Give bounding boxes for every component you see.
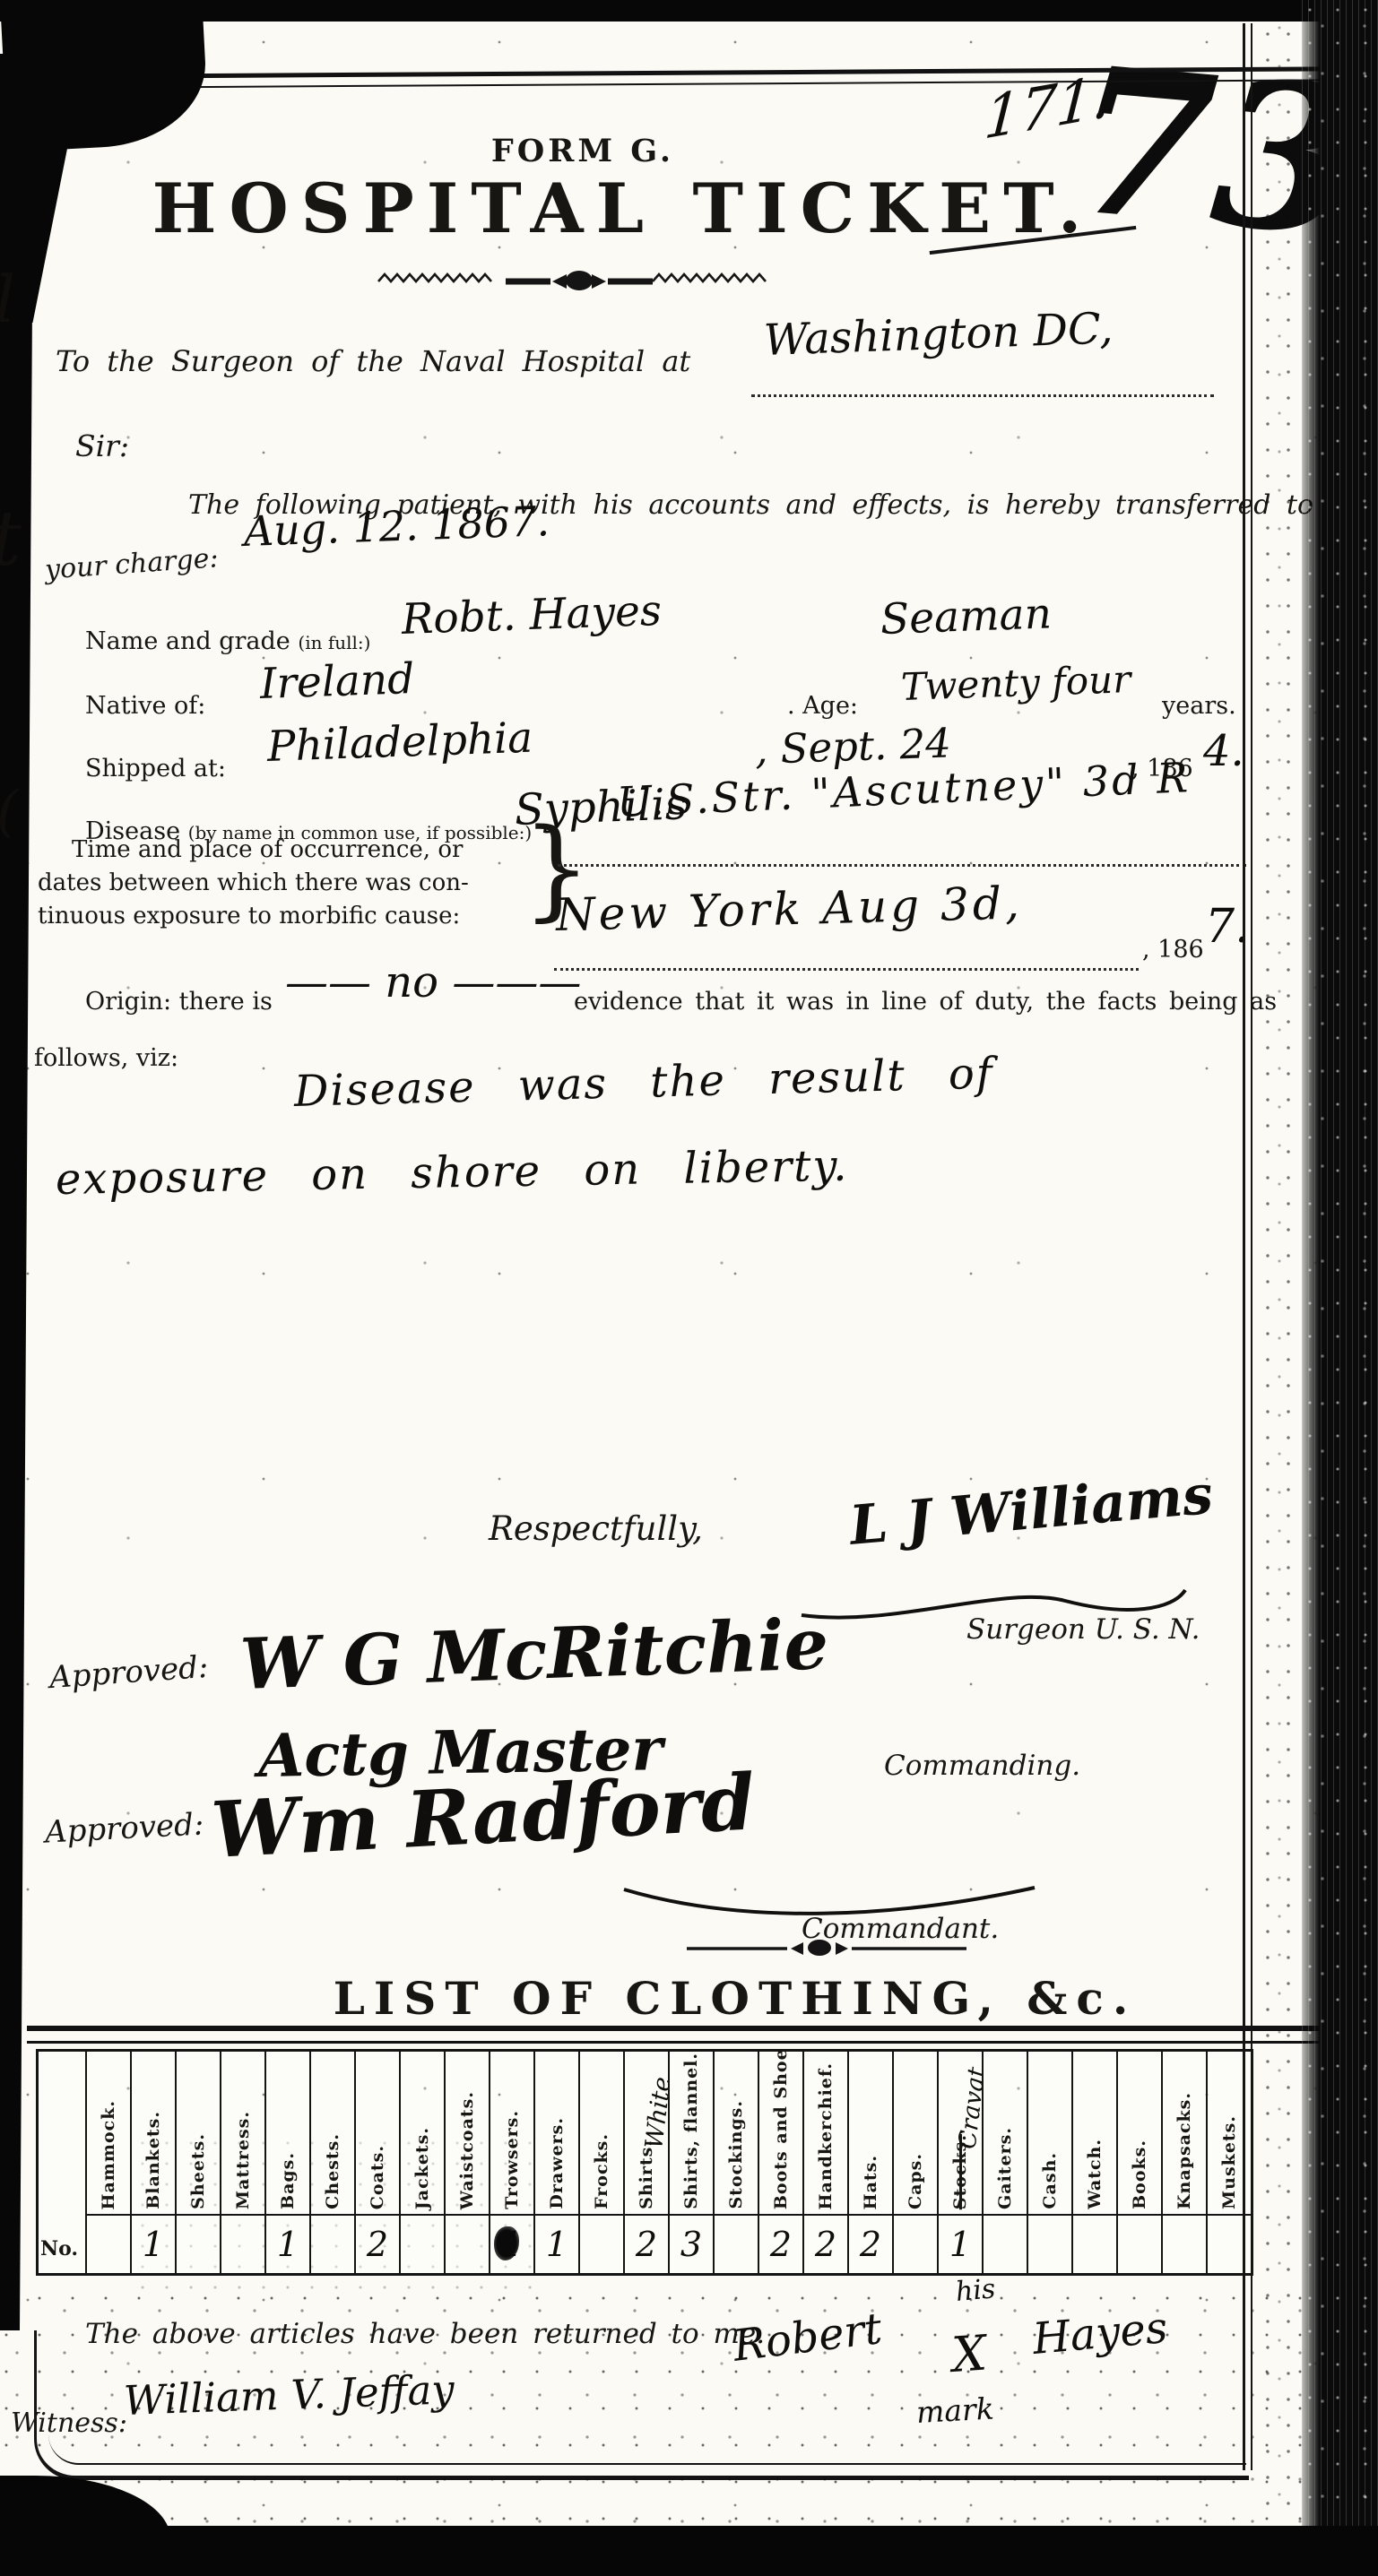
- clothing-column-handwritten-note: White: [640, 2076, 668, 2151]
- form-number-label: FORM G.: [117, 133, 1049, 169]
- origin-line2: follows, viz:: [34, 1044, 178, 1072]
- field-label-text: Disease: [85, 817, 180, 845]
- clothing-column-header: Drawers.: [535, 2052, 578, 2216]
- field-label-text: Name and grade: [85, 627, 290, 655]
- clothing-column-header: Frocks.: [580, 2052, 623, 2216]
- fill-in-line: [554, 968, 1139, 971]
- respectfully-label: Respectfully,: [489, 1509, 703, 1548]
- clothing-column-header: Bags.: [266, 2052, 309, 2216]
- occurrence-label-line3: tinuous exposure to morbific cause:: [38, 903, 460, 929]
- clothing-column-value: 1: [132, 2216, 175, 2273]
- field-label-shipped-at: Shipped at:: [85, 755, 226, 782]
- clothing-column-label: Shirts, flannel.: [681, 2053, 701, 2209]
- transfer-date-handwritten: Aug. 12. 1867.: [243, 497, 550, 556]
- clothing-column: Trowsers.1: [489, 2052, 533, 2273]
- fill-in-line: [558, 864, 1246, 867]
- clothing-column: Blankets.1: [130, 2052, 175, 2273]
- clothing-column-label: Hats.: [861, 2155, 880, 2209]
- clothing-column-label: Books.: [1130, 2139, 1149, 2209]
- clothing-column-label: Frocks.: [592, 2133, 611, 2209]
- field-label-paren: (in full:): [298, 632, 370, 653]
- field-label-native-of: Native of:: [85, 692, 205, 720]
- clothing-column-value: [580, 2216, 623, 2273]
- clothing-column-value: [1118, 2216, 1161, 2273]
- clothing-column-header: Handkerchief.: [804, 2052, 847, 2216]
- clothing-column: Chests.: [309, 2052, 354, 2273]
- clothing-column: Coats.2: [354, 2052, 399, 2273]
- clothing-column-header: Books.: [1118, 2052, 1161, 2216]
- origin-suffix: evidence that it was in line of duty, th…: [574, 988, 1277, 1016]
- stray-ink-mark: t: [0, 495, 22, 583]
- clothing-column-header: Blankets.: [132, 2052, 175, 2216]
- clothing-column: Boots and Shoes.2: [758, 2052, 802, 2273]
- clothing-column-label: Knapsacks.: [1174, 2092, 1194, 2209]
- clothing-column-label: Cash.: [1040, 2152, 1060, 2209]
- clothing-column-value: 1: [535, 2216, 578, 2273]
- clothing-column-header: Jackets.: [401, 2052, 444, 2216]
- shipped-year-digit-handwritten: 4.: [1203, 726, 1244, 776]
- clothing-column-handwritten-note: Cravat: [954, 2066, 982, 2151]
- surgeon-signature: L J Williams: [847, 1464, 1216, 1558]
- clothing-column: Handkerchief.2: [802, 2052, 847, 2273]
- commanding-title: Commanding.: [884, 1750, 1080, 1782]
- form-right-border: [1243, 23, 1252, 2470]
- clothing-column-value: 2: [804, 2216, 847, 2273]
- clothing-column: Hats.2: [847, 2052, 892, 2273]
- clothing-column: Stockings.: [713, 2052, 758, 2273]
- approved-label-2: Approved:: [44, 1806, 204, 1850]
- approved-label-1: Approved:: [48, 1649, 210, 1696]
- table-row-label-cell: No.: [39, 2052, 85, 2273]
- clothing-column-label: Boots and Shoes.: [771, 2052, 791, 2209]
- origin-answer-handwritten: —— no ———: [285, 957, 581, 1007]
- clothing-column-header: Trowsers.: [490, 2052, 533, 2216]
- clothing-column-header: Cash.: [1028, 2052, 1071, 2216]
- clothing-column-header: Gaiters.: [984, 2052, 1027, 2216]
- clothing-column-header: Boots and Shoes.: [759, 2052, 802, 2216]
- clothing-column-value: 1: [939, 2216, 982, 2273]
- clothing-column: Shirts, flannel.3: [668, 2052, 713, 2273]
- clothing-column-value: 2: [759, 2216, 802, 2273]
- clothing-column-header: Stockings.: [715, 2052, 758, 2216]
- clothing-column-value: 2: [849, 2216, 892, 2273]
- statement-line2-handwritten: exposure on shore on liberty.: [56, 1141, 849, 1205]
- field-label-age: . Age:: [787, 692, 858, 720]
- clothing-column-header: Sheets.: [177, 2052, 220, 2216]
- salutation-printed: To the Surgeon of the Naval Hospital at: [56, 344, 690, 378]
- clothing-column-header: Stocks.Cravat: [939, 2052, 982, 2216]
- age-handwritten: Twenty four: [900, 657, 1131, 709]
- clothing-column-value: [894, 2216, 937, 2273]
- field-label-disease: Disease (by name in common use, if possi…: [85, 817, 532, 845]
- clothing-column-value: [446, 2216, 489, 2273]
- his-mark-word-mark: mark: [915, 2390, 995, 2429]
- ornamental-divider-small: [683, 1936, 970, 1959]
- clothing-column: Hammock.: [85, 2052, 130, 2273]
- shipped-place-handwritten: Philadelphia: [266, 713, 533, 772]
- page-title: HOSPITAL TICKET.: [103, 169, 1143, 248]
- occurrence-entry-line2-handwritten: New York Aug 3d,: [555, 877, 1023, 941]
- clothing-column-label: Gaiters.: [995, 2127, 1015, 2209]
- table-row-label: No.: [40, 2237, 78, 2260]
- clothing-list-heading: LIST OF CLOTHING, &c.: [269, 1972, 1201, 2025]
- fill-in-line: [751, 394, 1214, 397]
- field-label-name-grade: Name and grade (in full:): [85, 627, 370, 655]
- clothing-column-label: Trowsers.: [502, 2110, 522, 2209]
- clothing-column-value: [984, 2216, 1027, 2273]
- clothing-column-header: Hats.: [849, 2052, 892, 2216]
- clothing-column: Mattress.: [220, 2052, 264, 2273]
- ornamental-divider: [375, 265, 787, 294]
- occurrence-year-printed: , 186: [1142, 936, 1204, 964]
- native-of-handwritten: Ireland: [259, 654, 415, 709]
- clothing-column-header: Waistcoats.: [446, 2052, 489, 2216]
- clothing-column-value: [221, 2216, 264, 2273]
- transfer-paragraph-line2: your charge:: [44, 542, 220, 585]
- clothing-table: No. Hammock.Blankets.1Sheets.Mattress.Ba…: [36, 2049, 1253, 2276]
- clothing-column-label: Jackets.: [412, 2127, 432, 2209]
- clothing-column-label: Bags.: [278, 2152, 298, 2209]
- clothing-column: Cash.: [1027, 2052, 1071, 2273]
- witness-label: Witness:: [11, 2407, 127, 2439]
- clothing-column: Bags.1: [264, 2052, 309, 2273]
- clothing-column: Jackets.: [399, 2052, 444, 2273]
- clothing-column-header: Knapsacks.: [1163, 2052, 1206, 2216]
- clothing-column-header: Caps.: [894, 2052, 937, 2216]
- stray-ink-mark: (: [0, 778, 18, 843]
- patient-grade-handwritten: Seaman: [880, 589, 1053, 644]
- clothing-column-value: [177, 2216, 220, 2273]
- occurrence-label-line2: dates between which there was con-: [38, 869, 469, 896]
- clothing-column: Knapsacks.: [1161, 2052, 1206, 2273]
- recipient-x-mark: X: [950, 2324, 989, 2383]
- scan-edge-right: [1302, 0, 1378, 2576]
- clothing-column-label: Watch.: [1085, 2139, 1105, 2209]
- field-label-paren: (by name in common use, if possible:): [188, 822, 533, 843]
- clothing-column: Books.: [1116, 2052, 1161, 2273]
- clothing-column-value: 1: [266, 2216, 309, 2273]
- hospital-location-handwritten: Washington DC,: [763, 303, 1114, 366]
- clothing-column-value: 1: [490, 2216, 533, 2273]
- his-mark-word-his: his: [954, 2273, 996, 2308]
- clothing-column-label: Shirts.: [637, 2139, 656, 2209]
- clothing-column-header: Hammock.: [87, 2052, 130, 2216]
- clothing-column-label: Sheets.: [188, 2133, 208, 2209]
- patient-name-handwritten: Robt. Hayes: [401, 586, 663, 644]
- clothing-column-header: Mattress.: [221, 2052, 264, 2216]
- age-suffix: years.: [1162, 692, 1236, 720]
- returned-statement: The above articles have been returned to…: [85, 2318, 765, 2350]
- clothing-column: Sheets.: [175, 2052, 220, 2273]
- clothing-column-value: 3: [670, 2216, 713, 2273]
- clothing-column: Stocks.Cravat1: [937, 2052, 982, 2273]
- clothing-column-label: Caps.: [906, 2153, 925, 2209]
- origin-label: Origin: there is: [85, 988, 273, 1016]
- surgeon-title: Surgeon U. S. N.: [966, 1613, 1200, 1646]
- scan-edge-top-left: [0, 0, 210, 152]
- clothing-column-value: [715, 2216, 758, 2273]
- scan-edge-bottom: [0, 2526, 1378, 2576]
- clothing-column-header: Watch.: [1073, 2052, 1116, 2216]
- clothing-column-value: [87, 2216, 130, 2273]
- clothing-column-value: 2: [356, 2216, 399, 2273]
- clothing-column: Shirts.White2: [623, 2052, 668, 2273]
- clothing-column-label: Stockings.: [726, 2100, 746, 2209]
- clothing-column-header: Chests.: [311, 2052, 354, 2216]
- scan-edge-right-fray: [1262, 0, 1307, 2576]
- clothing-column-value: [311, 2216, 354, 2273]
- commanding-officer-signature: W G McRitchie: [238, 1604, 829, 1706]
- clothing-column-header: Coats.: [356, 2052, 399, 2216]
- clothing-column-value: 2: [625, 2216, 668, 2273]
- clothing-column-value: [1028, 2216, 1071, 2273]
- scan-edge-top: [0, 0, 1378, 22]
- clothing-column-label: Coats.: [368, 2145, 387, 2209]
- clothing-column-label: Blankets.: [143, 2111, 163, 2209]
- clothing-column-value: [401, 2216, 444, 2273]
- statement-line1-handwritten: Disease was the result of: [293, 1049, 994, 1117]
- clothing-column: Frocks.: [578, 2052, 623, 2273]
- scanned-hospital-ticket-page: FORM G. HOSPITAL TICKET. 171. 73 To the …: [0, 0, 1378, 2576]
- clothing-column-label: Hammock.: [99, 2100, 118, 2210]
- salutation-sir: Sir:: [75, 428, 129, 463]
- clothing-column: Drawers.1: [533, 2052, 578, 2273]
- clothing-column-value: [1073, 2216, 1116, 2273]
- clothing-column: Caps.: [892, 2052, 937, 2273]
- clothing-column-label: Waistcoats.: [457, 2091, 477, 2209]
- clothing-column: Waistcoats.: [444, 2052, 489, 2273]
- stray-ink-mark: l: [0, 262, 15, 337]
- clothing-column-label: Chests.: [323, 2133, 342, 2209]
- clothing-column-header: Shirts, flannel.: [670, 2052, 713, 2216]
- clothing-column: Gaiters.: [982, 2052, 1027, 2273]
- clothing-column-value: [1163, 2216, 1206, 2273]
- clothing-column-label: Drawers.: [547, 2117, 567, 2209]
- clothing-column: Watch.: [1071, 2052, 1116, 2273]
- table-top-rule: [27, 2026, 1352, 2044]
- clothing-column-label: Handkerchief.: [816, 2062, 836, 2209]
- clothing-column-label: Mattress.: [233, 2111, 253, 2209]
- clothing-column-label: Muskets.: [1219, 2115, 1239, 2209]
- clothing-column-header: Shirts.White: [625, 2052, 668, 2216]
